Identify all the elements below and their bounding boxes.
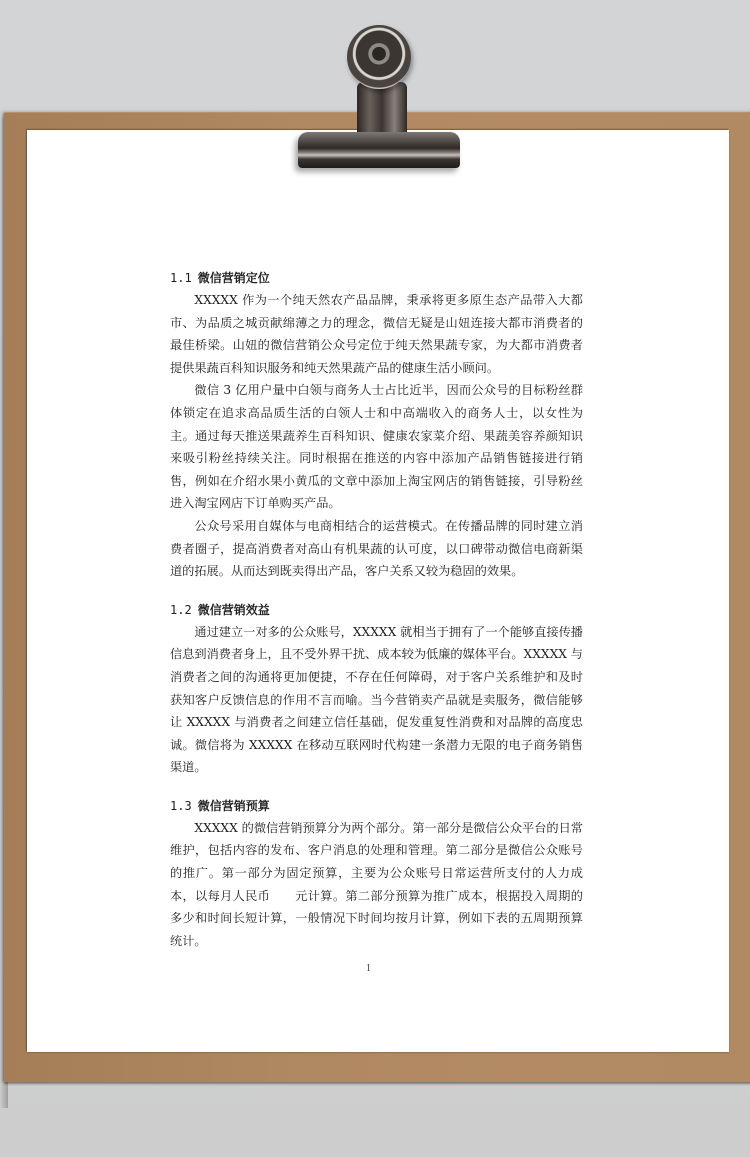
section-number: 1.1 (170, 271, 192, 285)
section-title: 微信营销预算 (198, 799, 270, 813)
paragraph: 通过建立一对多的公众账号，XXXXX 就相当于拥有了一个能够直接传播信息到消费者… (170, 621, 583, 779)
section-title: 微信营销定位 (198, 271, 270, 285)
paragraph: XXXXX 作为一个纯天然农产品品牌，秉承将更多原生态产品带入大都市、为品质之城… (170, 289, 583, 379)
section-title: 微信营销效益 (198, 603, 270, 617)
section-heading: 1.1微信营销定位 (170, 267, 583, 289)
paragraph: 公众号采用自媒体与电商相结合的运营模式。在传播品牌的同时建立消费者圈子，提高消费… (170, 515, 583, 583)
section-positioning: 1.1微信营销定位 XXXXX 作为一个纯天然农产品品牌，秉承将更多原生态产品带… (170, 267, 583, 583)
section-heading: 1.2微信营销效益 (170, 599, 583, 621)
page-number: 1 (366, 963, 371, 974)
section-number: 1.3 (170, 799, 192, 813)
clip-ring (347, 25, 411, 89)
paragraph: XXXXX 的微信营销预算分为两个部分。第一部分是微信公众平台的日常维护，包括内… (170, 817, 583, 953)
document-body: 1.1微信营销定位 XXXXX 作为一个纯天然农产品品牌，秉承将更多原生态产品带… (170, 267, 583, 968)
section-heading: 1.3微信营销预算 (170, 795, 583, 817)
paragraph: 微信 3 亿用户量中白领与商务人士占比近半，因而公众号的目标粉丝群体锁定在追求高… (170, 379, 583, 515)
section-benefits: 1.2微信营销效益 通过建立一对多的公众账号，XXXXX 就相当于拥有了一个能够… (170, 599, 583, 779)
section-budget: 1.3微信营销预算 XXXXX 的微信营销预算分为两个部分。第一部分是微信公众平… (170, 795, 583, 953)
section-number: 1.2 (170, 603, 192, 617)
